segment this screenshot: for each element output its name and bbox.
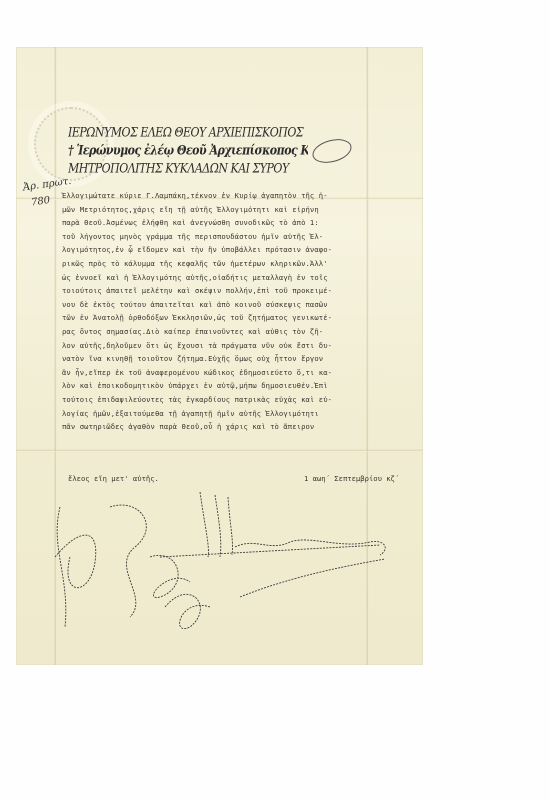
fold-crease	[16, 449, 423, 452]
letter-line: ρικῶς πρὸς τὸ κάλυμμα τῆς κεφαλῆς τῶν ἡμ…	[62, 257, 422, 271]
letter-date: 1 αωη΄ Σεπτεμβρίου κζ΄	[304, 474, 399, 483]
letterhead-line: ΜΗΤΡΟΠΟΛΙΤΗΣ ΚΥΚΛΑΔΩΝ ΚΑΙ ΣΥΡΟΥ	[68, 159, 308, 177]
letter-line: λογίας ἡμῶν,ἐξαιτούμεθα τῇ ἀγαπητῇ ἡμῖν …	[62, 407, 422, 421]
signature-icon	[40, 487, 420, 637]
letterhead-line: ΙΕΡΩΝΥΜΟΣ ΕΛΕΩ ΘΕΟΥ ΑΡΧΙΕΠΙΣΚΟΠΟΣ	[68, 123, 308, 141]
letter-line: ὡς ἐννοεῖ καὶ ἡ Ἐλλογιμότης αὐτῆς,οἱαδήτ…	[62, 271, 422, 285]
letter-line: Ἐλλογιμώτατε κύριε Γ.Λαμπάκη,τέκνον ἐν Κ…	[62, 189, 422, 203]
letter-line: πᾶν σωτηριῶδες ἀγαθὸν παρὰ Θεοῦ,οὗ ἡ χάρ…	[62, 420, 422, 434]
letter-line: λὸν καὶ ἐποικοδομητικὸν ὑπάρχει ἐν αὐτῷ,…	[62, 379, 422, 393]
letter-line: τῶν ἐν Ἀνατολῇ ὀρθοδόξων Ἐκκλησιῶν,ὡς το…	[62, 311, 422, 325]
letter-line: λον αὐτῆς,δηλοῦμεν ὅτι ὡς ἔχουσι τὰ πράγ…	[62, 339, 422, 353]
letter-line: νατὸν ἵνα κινηθῇ τοιοῦτον ζήτημα.Εὐχῆς ὅ…	[62, 352, 422, 366]
letter-line: λογιμότητος,ἐν ᾧ εἴδομεν καὶ τὴν ἣν ὑποβ…	[62, 243, 422, 257]
letter-line: παρὰ Θεοῦ.Ἀσμένως ἐλήφθη καὶ ἀνεγνώσθη σ…	[62, 216, 422, 230]
document-page: ΙΕΡΩΝΥΜΟΣ ΕΛΕΩ ΘΕΟΥ ΑΡΧΙΕΠΙΣΚΟΠΟΣ † Ἱερώ…	[16, 47, 423, 665]
letter-body: Ἐλλογιμώτατε κύριε Γ.Λαμπάκη,τέκνον ἐν Κ…	[62, 189, 422, 434]
letter-line: ἂν ἦν,εἴπερ ἐκ τοῦ ἀναφερομένου κώδικος …	[62, 366, 422, 380]
letterhead-calligraphy: ΙΕΡΩΝΥΜΟΣ ΕΛΕΩ ΘΕΟΥ ΑΡΧΙΕΠΙΣΚΟΠΟΣ † Ἱερώ…	[68, 123, 308, 181]
letter-line: τούτοις ἐπιδαψιλεύοντες τὰς ἐγκαρδίους π…	[62, 393, 422, 407]
letter-line: νου δὲ ἐκτὸς τούτου ἀπαιτεῖται καὶ ἀπὸ κ…	[62, 298, 422, 312]
closing-line: ἔλεος εἴη μετ' αὐτῆς.	[68, 474, 159, 483]
letterhead-line: † Ἱερώνυμος ἐλέῳ Θεοῦ Ἀρχιεπίσκοπος Κυκλ…	[68, 141, 308, 159]
letter-line: τοῦ λήγοντος μηνὸς γράμμα τῆς περισπουδά…	[62, 230, 422, 244]
letter-line: ρας ὄντος σημασίας.Διὸ καίπερ ἐπαινοῦντε…	[62, 325, 422, 339]
letter-line: μῶν Μετριότητος,χάρις εἴη τῇ αὐτῆς Ἐλλογ…	[62, 203, 422, 217]
letter-line: τοιούτοις ἀπαιτεῖ μελέτην καὶ σκέψιν πολ…	[62, 284, 422, 298]
flourish-icon	[310, 135, 354, 167]
